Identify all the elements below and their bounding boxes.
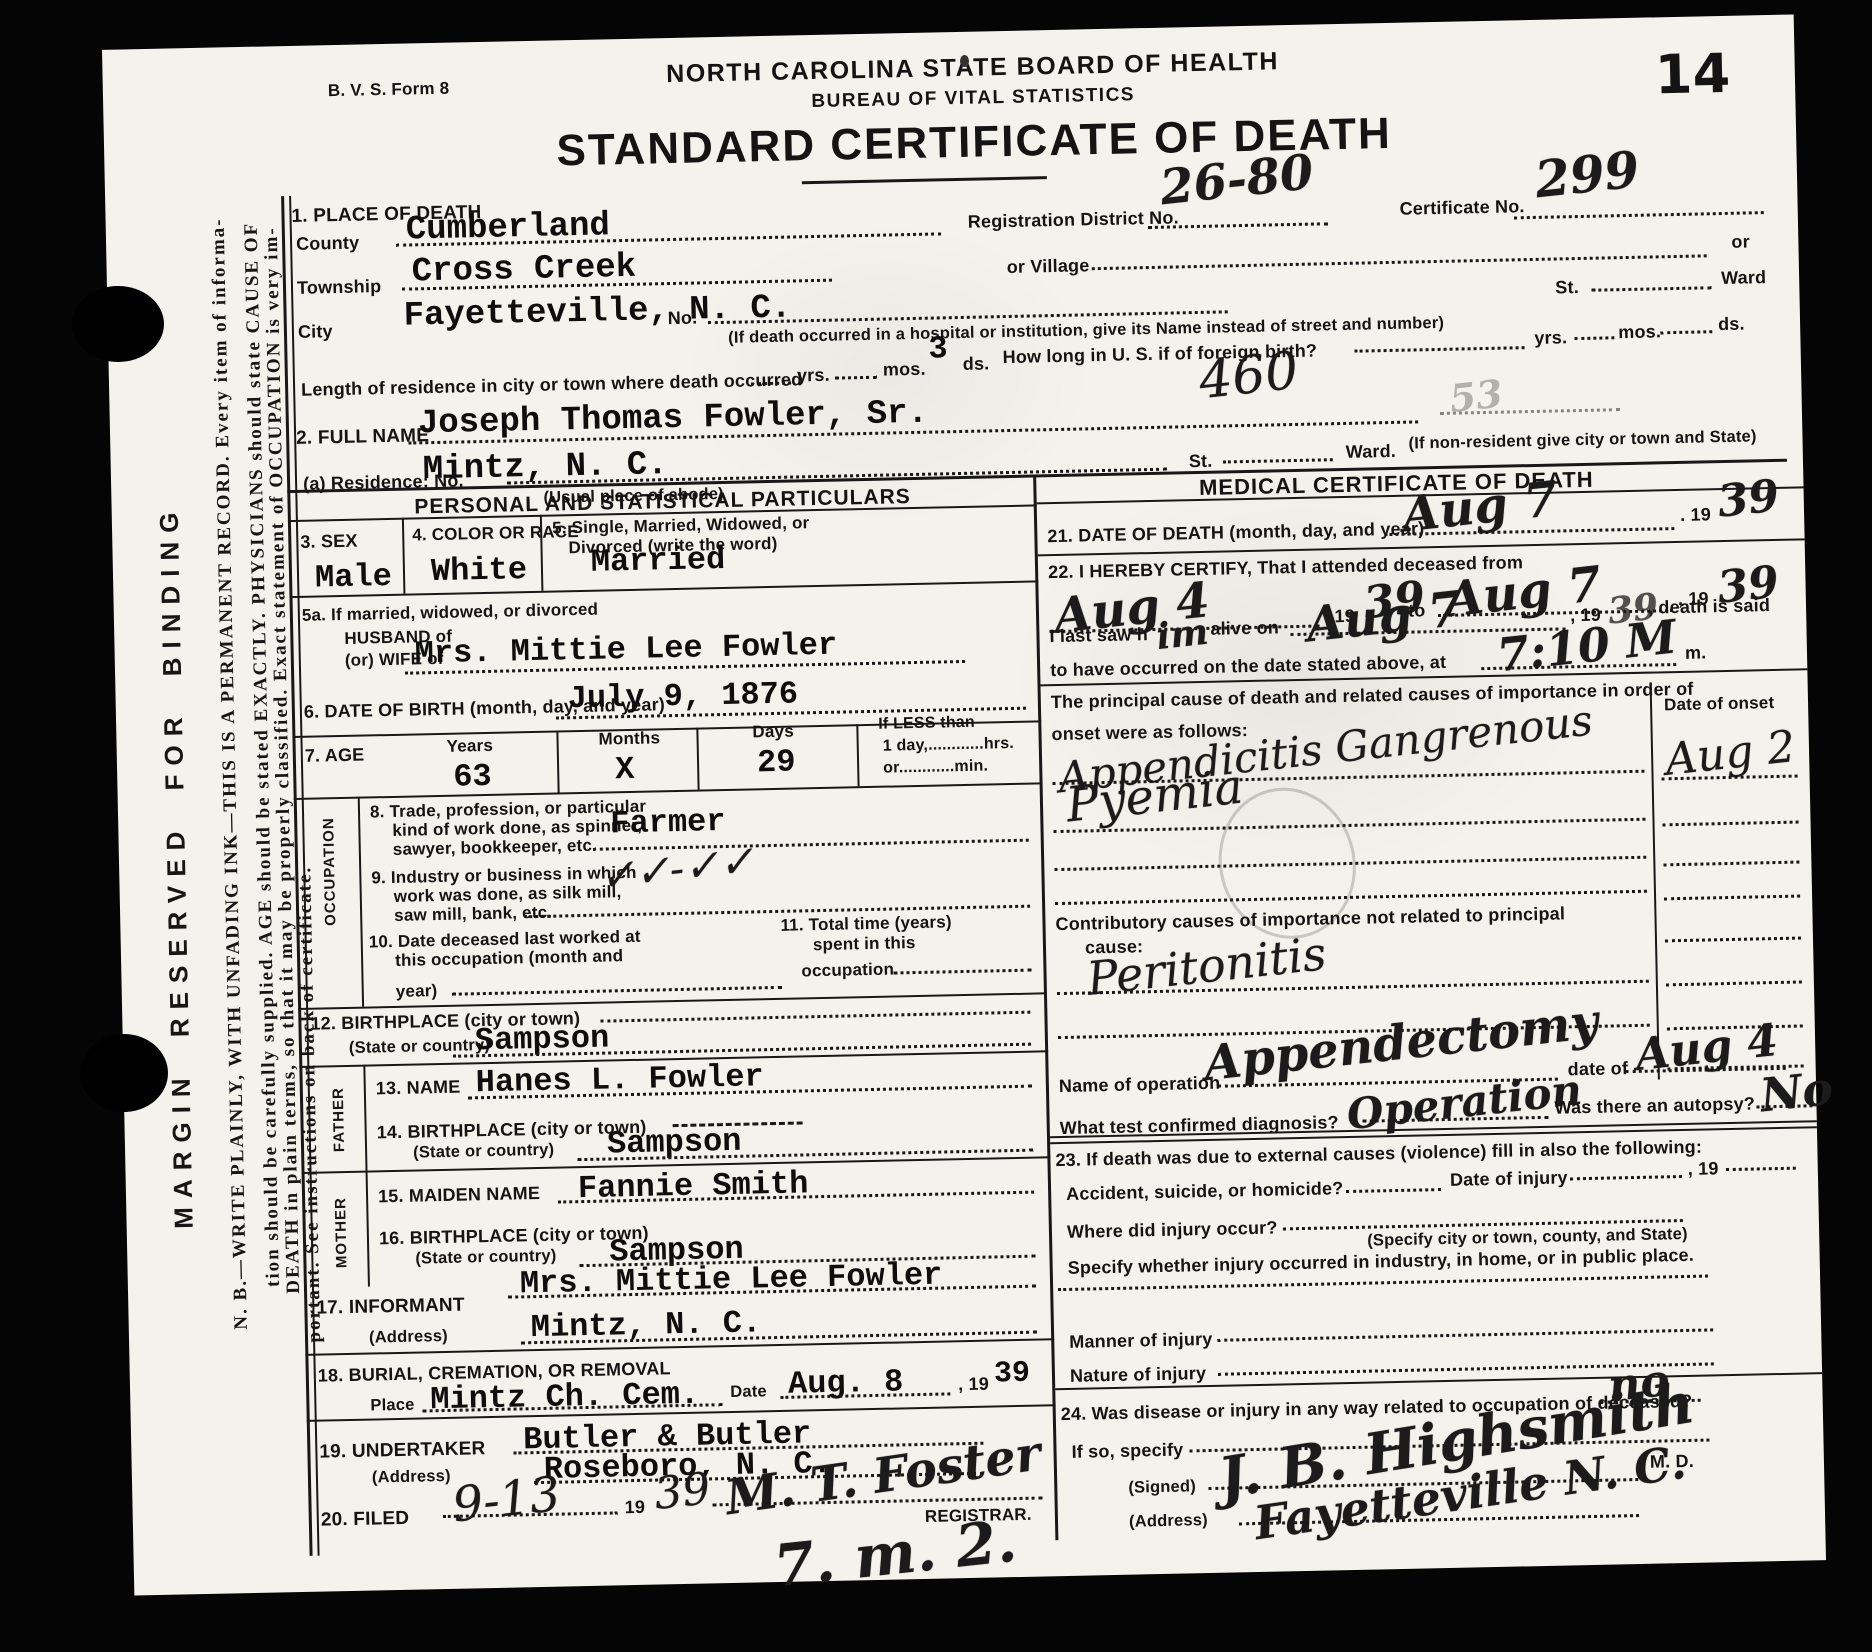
certificate-no-label: Certificate No. <box>1399 196 1524 220</box>
age-years-value[interactable]: 63 <box>453 758 492 796</box>
address-label: (Address) <box>369 1327 448 1348</box>
manner-of-injury-label: Manner of injury <box>1069 1329 1213 1353</box>
cell-divider <box>366 1171 370 1287</box>
sex-value[interactable]: Male <box>315 558 393 597</box>
cell-divider <box>856 724 859 786</box>
scanned-death-certificate: { "header": { "form_no": "B. V. S. Form … <box>0 0 1872 1652</box>
operation-label: Name of operation <box>1059 1073 1221 1097</box>
ds-label: ds. <box>963 353 990 375</box>
dotted-line <box>1570 1175 1682 1180</box>
punch-hole <box>80 1034 168 1112</box>
marital-value[interactable]: Married <box>590 541 725 581</box>
age-less-line1: If LESS than <box>878 714 975 734</box>
or-label: or <box>1731 231 1750 252</box>
page-number: 14 <box>1654 42 1731 107</box>
date-of-death-year[interactable]: 39 <box>1715 470 1781 527</box>
q19-label: 19. UNDERTAKER <box>319 1438 486 1463</box>
mos-label: mos. <box>883 359 926 381</box>
no-label: No. <box>668 307 698 329</box>
industry-checkmarks[interactable]: ✓✓-✓✓ <box>597 836 756 901</box>
age-less-line3: or............min. <box>883 757 988 777</box>
occupation-value[interactable]: Farmer <box>610 803 726 842</box>
mother-side-label: MOTHER <box>328 1197 355 1269</box>
form-number: B. V. S. Form 8 <box>328 79 450 102</box>
autopsy-label: Was there an autopsy? <box>1554 1094 1755 1119</box>
year-19-label: , 19 <box>958 1374 989 1396</box>
filed-19-label: 19 <box>624 1497 645 1518</box>
last-saw-date[interactable]: Aug 7 <box>1304 581 1465 654</box>
residence-length-label: Length of residence in city or town wher… <box>301 369 803 400</box>
dotted-line <box>893 969 1031 975</box>
ds-label: ds. <box>1718 314 1745 336</box>
date-of-onset-header: Date of onset <box>1664 693 1775 715</box>
cell-divider <box>556 730 559 792</box>
mos-label: mos. <box>1618 321 1661 343</box>
q17-label: 17. INFORMANT <box>316 1295 465 1320</box>
dotted-line <box>1665 937 1801 943</box>
filed-date-handwritten[interactable]: 9-13 <box>450 1466 563 1533</box>
yrs-label: yrs. <box>797 365 830 387</box>
dotted-line <box>1666 980 1802 986</box>
nature-of-injury-label: Nature of injury <box>1070 1363 1207 1387</box>
if-so-label: If so, specify <box>1071 1440 1183 1463</box>
dotted-line <box>835 376 877 380</box>
rule <box>289 580 1038 598</box>
file-number-handwritten[interactable]: 460 <box>1196 341 1301 411</box>
q15-label: 15. MAIDEN NAME <box>378 1183 540 1207</box>
certificate-paper: MARGIN RESERVED FOR BINDING N. B.—WRITE … <box>102 14 1826 1595</box>
township-label: Township <box>297 276 382 299</box>
injury-date-label: Date of injury <box>1450 1167 1568 1190</box>
dotted-line <box>1591 286 1711 292</box>
m-label: m. <box>1685 642 1707 663</box>
age-months-header: Months <box>598 728 660 749</box>
yrs-label: yrs. <box>1534 327 1567 349</box>
dotted-line <box>524 905 1030 919</box>
occupation-side-label: OCCUPATION <box>316 817 344 926</box>
dotted-line <box>1663 821 1799 827</box>
st-label: St. <box>1189 451 1213 472</box>
year-19-label: . 19 <box>1680 504 1711 526</box>
dotted-line <box>1514 211 1764 219</box>
certificate-no-value[interactable]: 299 <box>1532 139 1642 209</box>
cell-divider <box>358 797 364 1007</box>
q5a-label: 5a. If married, widowed, or divorced <box>302 600 599 626</box>
dotted-line <box>1092 254 1707 270</box>
race-value[interactable]: White <box>431 551 528 590</box>
age-days-header: Days <box>752 722 794 743</box>
last-saw-label: I last saw h <box>1049 624 1148 647</box>
q11-line1: 11. Total time (years) <box>780 912 952 936</box>
q20-label: 20. FILED <box>321 1508 410 1532</box>
sex-label: 3. SEX <box>300 531 358 553</box>
age-label: 7. AGE <box>305 745 365 767</box>
file-note-handwritten: 7. m. 2. <box>771 1507 1020 1601</box>
signed-label: (Signed) <box>1128 1477 1196 1497</box>
state-or-country-note: (State or country) <box>413 1141 554 1163</box>
cell-divider <box>363 1065 367 1171</box>
dotted-line <box>1726 1167 1796 1171</box>
dotted-line <box>452 986 782 996</box>
rule <box>294 782 1043 800</box>
age-days-value[interactable]: 29 <box>757 744 796 782</box>
dotted-line <box>1223 458 1333 463</box>
where-injury-label: Where did injury occur? <box>1067 1218 1278 1243</box>
onset-column-divider <box>1650 686 1660 1080</box>
dotted-line <box>1346 1188 1441 1193</box>
age-less-line2: 1 day,............hrs. <box>883 735 1015 756</box>
dotted-line <box>1355 346 1525 353</box>
county-label: County <box>296 233 360 255</box>
months-residence-value[interactable]: 3 <box>928 330 948 367</box>
or-village-label: or Village <box>1007 255 1090 278</box>
him-handwritten[interactable]: im <box>1154 611 1210 658</box>
full-name-label: 2. FULL NAME <box>296 425 429 450</box>
address-label: (Address) <box>372 1467 451 1488</box>
year-19-label: , 19 <box>1688 1158 1719 1180</box>
age-months-value[interactable]: X <box>615 751 635 788</box>
punch-hole <box>72 286 164 362</box>
q13-label: 13. NAME <box>376 1077 461 1100</box>
date-label: Date <box>730 1382 767 1402</box>
ward-label: Ward. <box>1345 441 1396 463</box>
accident-label: Accident, suicide, or homicide? <box>1066 1178 1344 1205</box>
city-label: City <box>298 321 333 343</box>
address-label: (Address) <box>1129 1511 1208 1532</box>
place-label: Place <box>370 1396 415 1416</box>
dotted-line <box>1664 895 1800 901</box>
dotted-line <box>600 1011 1030 1023</box>
q21-label: 21. DATE OF DEATH (month, day, and year) <box>1047 518 1424 547</box>
cell-divider <box>402 518 406 594</box>
alive-on-label: alive on <box>1210 617 1279 639</box>
dotted-line <box>1574 336 1614 340</box>
q8-line3: sawyer, bookkeeper, etc. <box>393 836 598 860</box>
q11-line3: occupation <box>801 960 894 982</box>
q10-line3: year) <box>396 981 438 1002</box>
dotted-line <box>1217 1328 1713 1341</box>
short-line <box>802 176 1047 184</box>
filed-year-handwritten[interactable]: 39 <box>652 1463 713 1520</box>
q10-line2: this occupation (month and <box>395 946 623 971</box>
ward-label: Ward <box>1721 267 1767 289</box>
nonresident-note: (If non-resident give city or town and S… <box>1408 427 1757 453</box>
burial-year-value[interactable]: 39 <box>994 1357 1031 1392</box>
scan-speck <box>960 55 969 67</box>
dob-value[interactable]: July 9, 1876 <box>567 675 798 717</box>
dotted-line <box>1660 330 1712 334</box>
cell-divider <box>696 728 699 790</box>
age-years-header: Years <box>446 736 493 757</box>
dotted-line <box>1663 861 1799 867</box>
q11-line2: spent in this <box>813 933 916 955</box>
st-label: St. <box>1555 277 1579 298</box>
margin-binding-text: MARGIN RESERVED FOR BINDING <box>156 503 197 1229</box>
autopsy-value[interactable]: No <box>1757 1061 1835 1123</box>
father-side-label: FATHER <box>326 1087 353 1152</box>
